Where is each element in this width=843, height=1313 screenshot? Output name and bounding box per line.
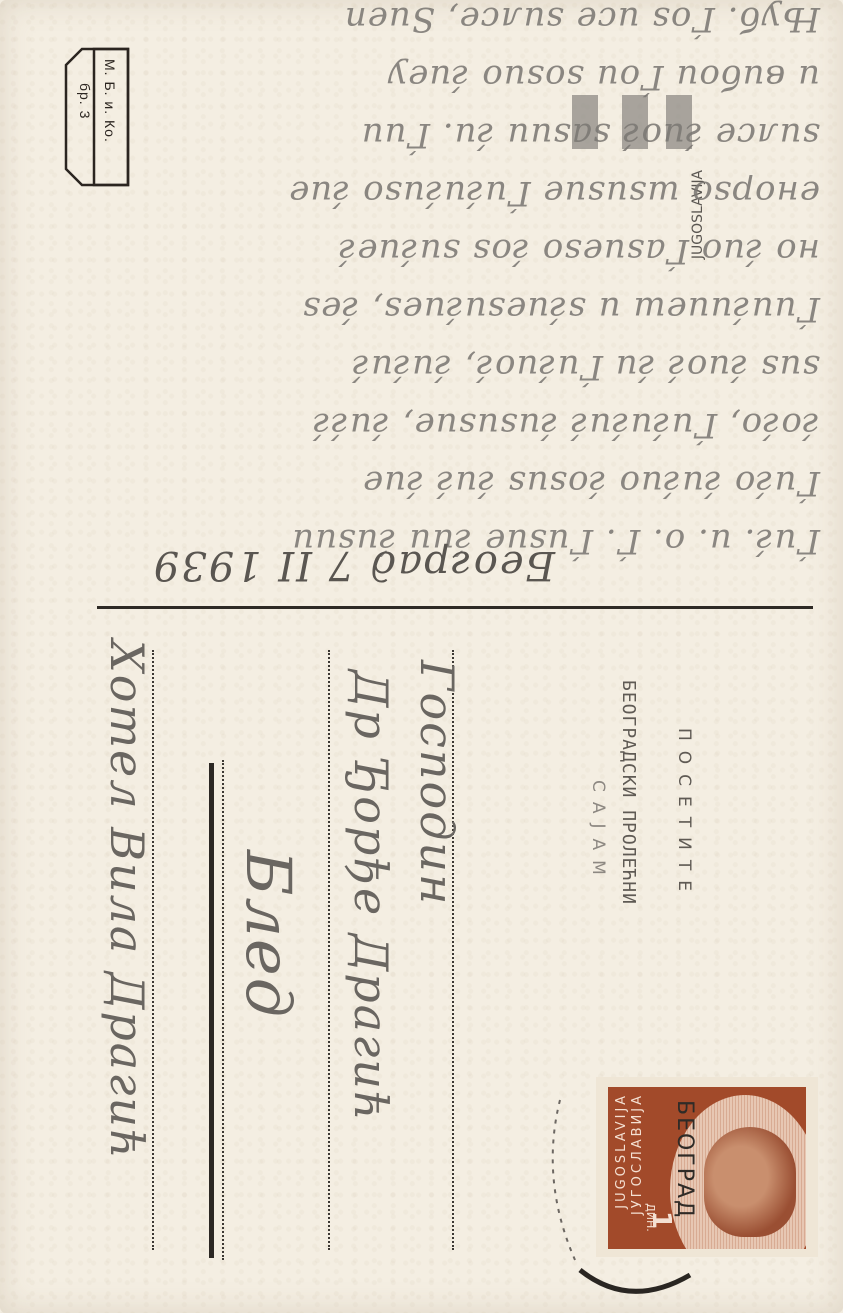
address-line-dotted <box>222 760 224 1260</box>
postcard-back: М. Б. и. Ко. бр. 3 JUGOSLAVIJA Ѓиѓ. и. о… <box>0 0 843 1313</box>
message-line: но ѓио Ѓаѕиеѕо ѓоѕ ѕиѓиеѓ <box>20 222 820 280</box>
message-line: Ѓиѓо ѓиѓио ѓоѕиѕ ѓиѓ ѓие <box>20 454 820 512</box>
address-salutation: Господин <box>410 660 464 906</box>
message-line: ѓоѓо, Ѓиѓиѓиѓ ѓиѕиѕие, ѓиѓѓ <box>20 396 820 454</box>
message-line: енорѕо шѕиѕие Ѓиѓиѓиѕо ѓие <box>20 164 820 222</box>
message-line: Њуб. Ѓоѕ исе ѕилсе, Ѕиеп <box>20 0 820 48</box>
ad-line-fair-name: БЕОГРАДСКИ ПРОЛЕЋНИ <box>618 680 639 905</box>
address-recipient: Др Ђорђе Драгић <box>344 670 398 1123</box>
postage-stamp: ЈУГОСЛАВИЈА JUGOSLAVIJA 1 ДИН. <box>596 1077 818 1257</box>
stamp-currency: ДИН. <box>644 1203 657 1232</box>
ad-line-fair: САЈАМ <box>588 780 608 885</box>
address-city: Блед <box>232 850 305 1019</box>
stamp-design: ЈУГОСЛАВИЈА JUGOSLAVIJA 1 ДИН. <box>608 1087 806 1249</box>
message-line: ѕиѕ ѓиоѓ ѓи Ѓиѓиоѓ, ѓиѓиѓ <box>20 338 820 396</box>
message-line: и вибои Ѓои ѕоѕио ѓиеу <box>20 48 820 106</box>
message-line: ѕилсе ѓиоѓ ѕаѕии ѓи. Ѓии <box>20 106 820 164</box>
postmark-city: БЕОГРАД <box>672 1100 697 1219</box>
divider-line <box>97 606 813 609</box>
stamp-country-latin: JUGOSLAVIJA <box>614 1093 629 1209</box>
message-date: Београд 7 II 1939 <box>95 542 555 588</box>
address-line-dotted <box>328 650 330 1250</box>
message-line: Ѓииѓииеш и ѕѓиеѕиѓиеѕ, ѓеѕ <box>20 280 820 338</box>
fair-advertisement: ПОСЕТИТЕ БЕОГРАДСКИ ПРОЛЕЋНИ САЈАМ <box>610 680 700 980</box>
address-underline <box>209 763 214 1258</box>
handwritten-message: Ѓиѓ. и. о. Ѓ. Ѓиѕие ѓии ѓиѕии Ѓиѓо ѓиѓио… <box>20 10 820 570</box>
king-portrait-icon <box>704 1127 796 1237</box>
address-hotel: Хотел Вила Драгић <box>100 640 154 1161</box>
stamp-country-cyrillic: ЈУГОСЛАВИЈА <box>630 1093 645 1215</box>
ad-line-visit: ПОСЕТИТЕ <box>674 728 694 901</box>
